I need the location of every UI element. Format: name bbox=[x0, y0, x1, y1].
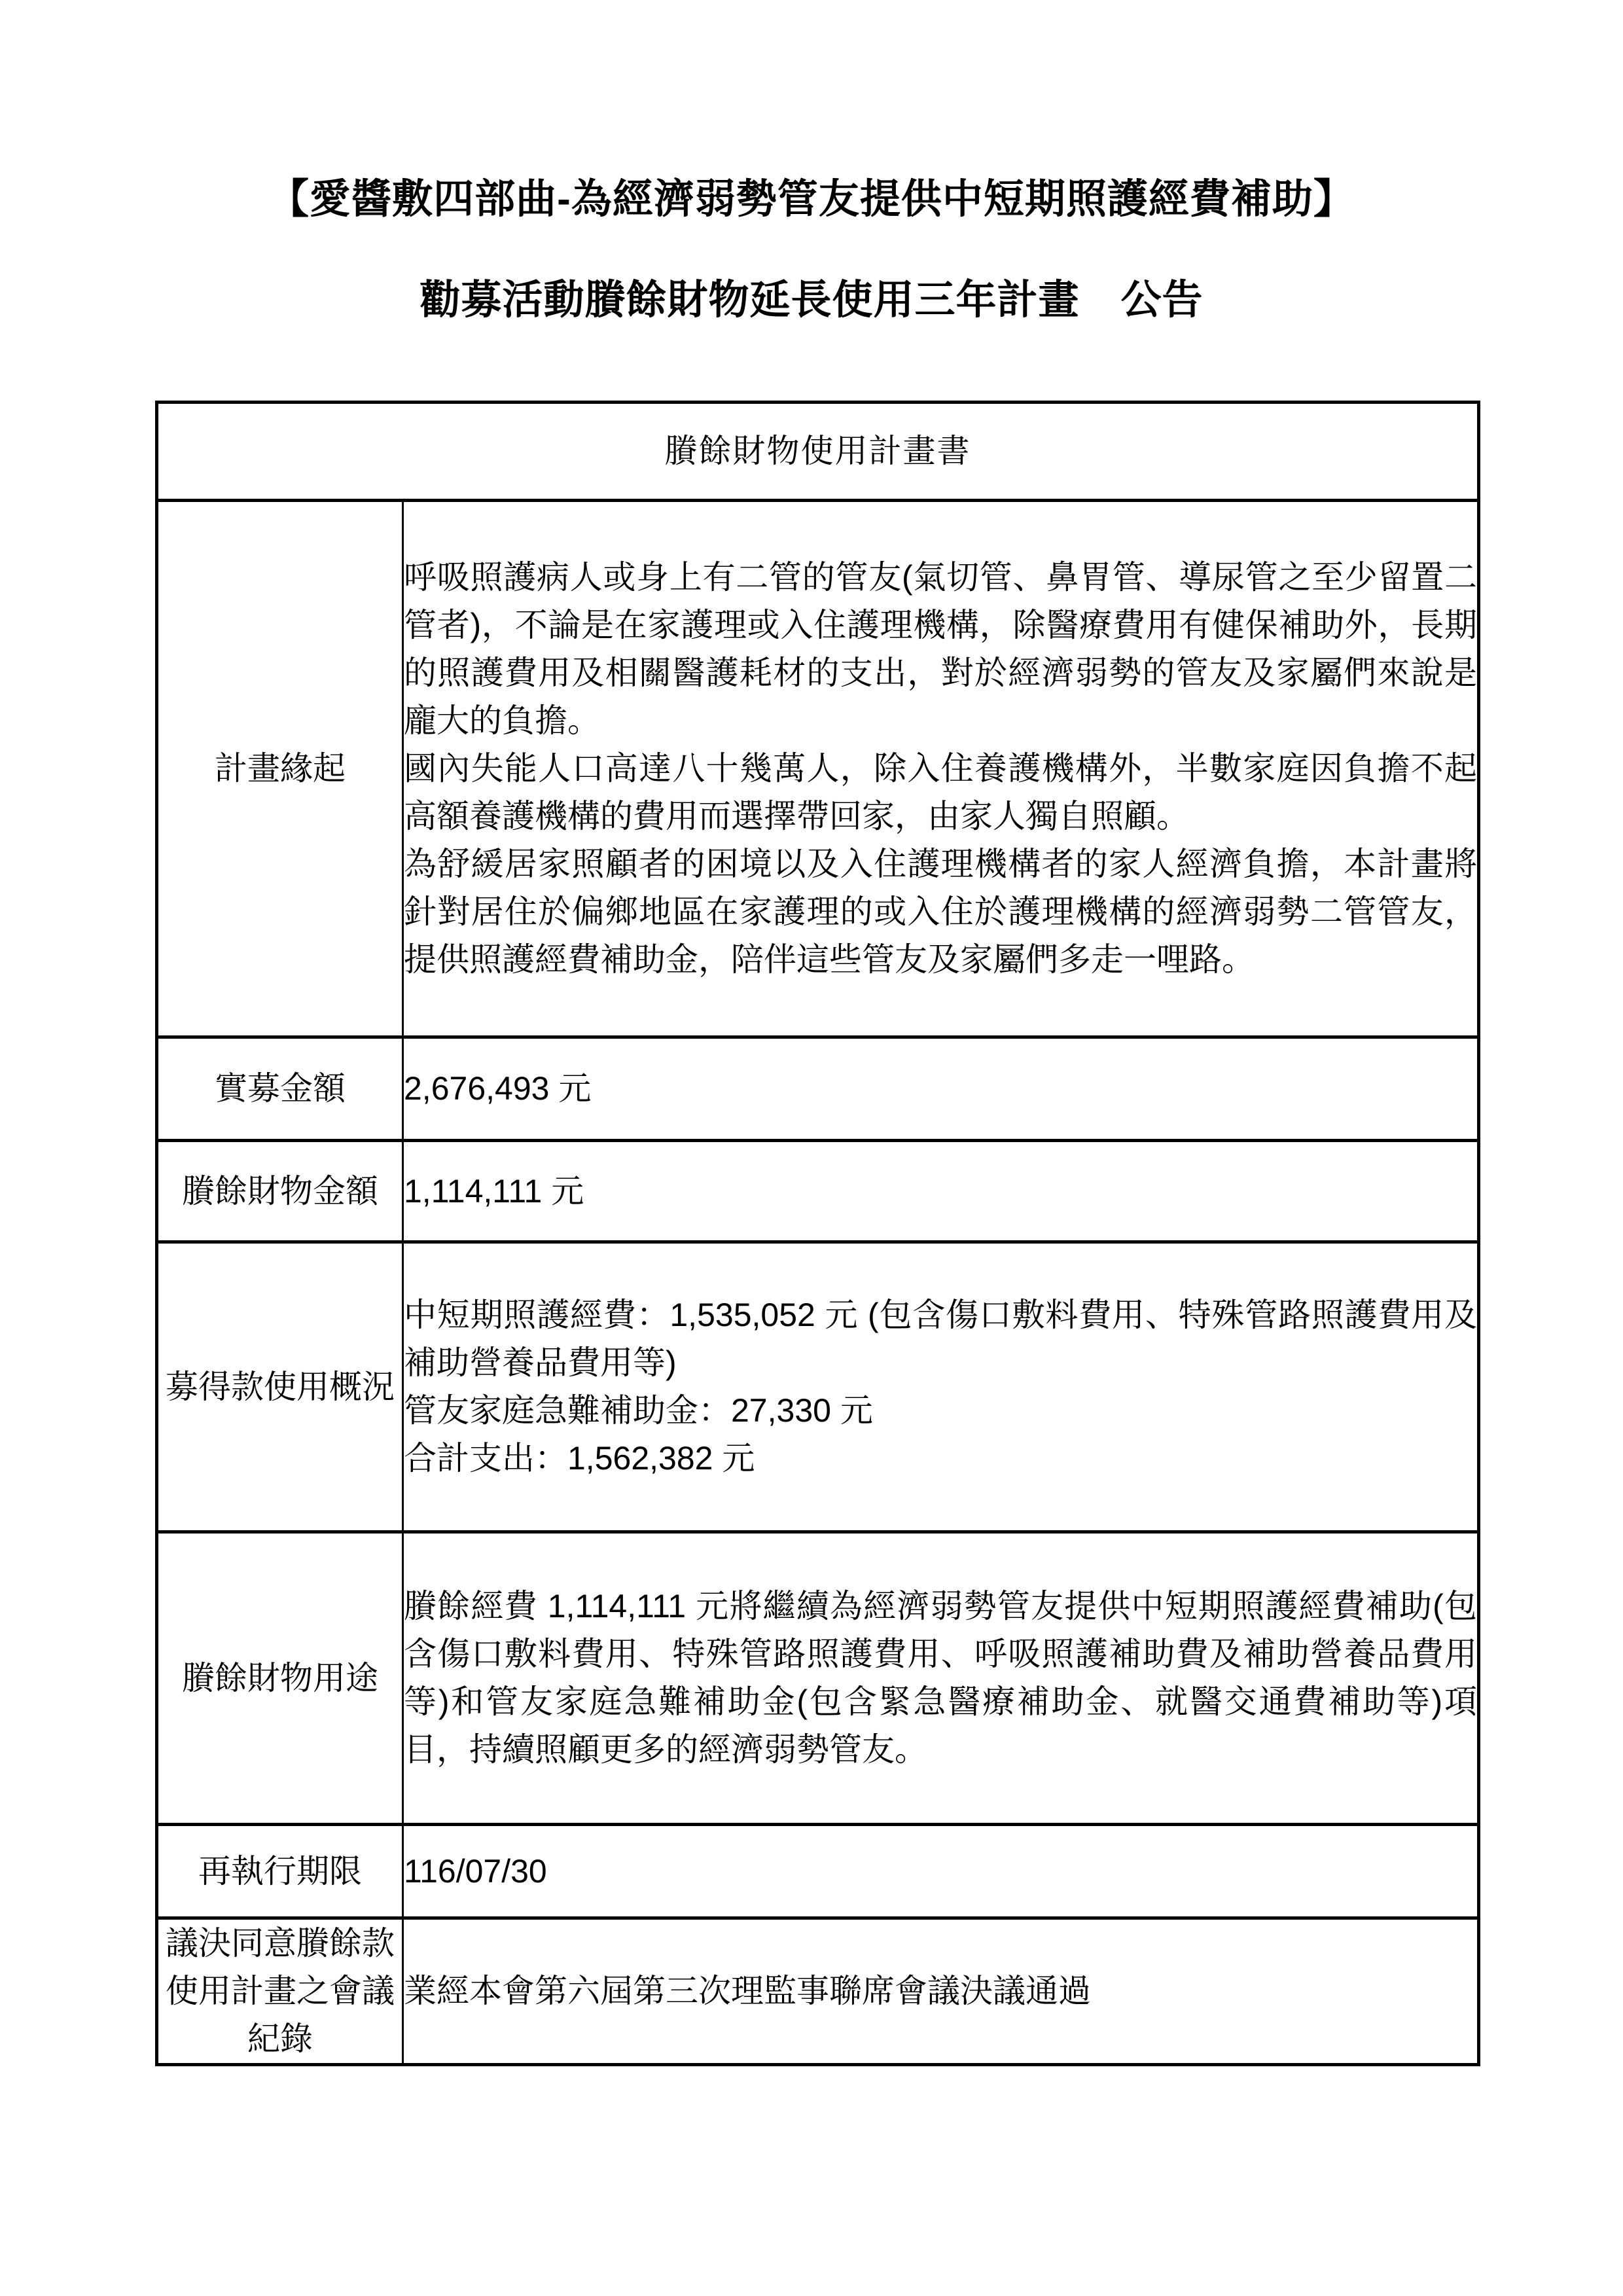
row-label-re-execution-deadline: 再執行期限 bbox=[157, 1825, 403, 1918]
row-label-plan-origin: 計畫緣起 bbox=[157, 501, 403, 1037]
re-execution-deadline-value: 116/07/30 bbox=[404, 1848, 1477, 1895]
table-title: 賸餘財物使用計畫書 bbox=[157, 403, 1479, 501]
row-content-re-execution-deadline: 116/07/30 bbox=[403, 1825, 1479, 1918]
plan-origin-paragraph-2: 國內失能人口高達八十幾萬人，除入住養護機構外，半數家庭因負擔不起高額養護機構的費… bbox=[404, 745, 1477, 840]
row-label-surplus-amount: 賸餘財物金額 bbox=[157, 1141, 403, 1242]
row-content-meeting-record: 業經本會第六屆第三次理監事聯席會議決議通過 bbox=[403, 1918, 1479, 2065]
row-content-funds-usage-overview: 中短期照護經費：1,535,052 元 (包含傷口敷料費用、特殊管路照護費用及補… bbox=[403, 1242, 1479, 1532]
funds-usage-care-expense: 中短期照護經費：1,535,052 元 (包含傷口敷料費用、特殊管路照護費用及補… bbox=[404, 1291, 1477, 1387]
plan-origin-paragraph-1: 呼吸照護病人或身上有二管的管友(氣切管、鼻胃管、導尿管之至少留置二管者)，不論是… bbox=[404, 554, 1477, 745]
table-row: 計畫緣起 呼吸照護病人或身上有二管的管友(氣切管、鼻胃管、導尿管之至少留置二管者… bbox=[157, 501, 1479, 1037]
funds-usage-total-expense: 合計支出：1,562,382 元 bbox=[404, 1435, 1477, 1482]
row-content-actual-raised-amount: 2,676,493 元 bbox=[403, 1037, 1479, 1141]
table-row: 賸餘財物金額 1,114,111 元 bbox=[157, 1141, 1479, 1242]
page-subtitle: 勸募活動賸餘財物延長使用三年計畫 公告 bbox=[0, 278, 1623, 323]
page-title: 【愛醬敷四部曲-為經濟弱勢管友提供中短期照護經費補助】 bbox=[0, 177, 1623, 223]
table-row: 議決同意賸餘款使用計畫之會議紀錄 業經本會第六屆第三次理監事聯席會議決議通過 bbox=[157, 1918, 1479, 2065]
row-label-surplus-usage: 賸餘財物用途 bbox=[157, 1532, 403, 1825]
table-row: 實募金額 2,676,493 元 bbox=[157, 1037, 1479, 1141]
row-label-meeting-record: 議決同意賸餘款使用計畫之會議紀錄 bbox=[157, 1918, 403, 2065]
actual-raised-amount-value: 2,676,493 元 bbox=[404, 1065, 1477, 1113]
row-content-plan-origin: 呼吸照護病人或身上有二管的管友(氣切管、鼻胃管、導尿管之至少留置二管者)，不論是… bbox=[403, 501, 1479, 1037]
surplus-amount-value: 1,114,111 元 bbox=[404, 1168, 1477, 1215]
table-row: 再執行期限 116/07/30 bbox=[157, 1825, 1479, 1918]
row-label-actual-raised-amount: 實募金額 bbox=[157, 1037, 403, 1141]
row-label-funds-usage-overview: 募得款使用概況 bbox=[157, 1242, 403, 1532]
funds-usage-family-emergency-subsidy: 管友家庭急難補助金：27,330 元 bbox=[404, 1387, 1477, 1435]
row-content-surplus-amount: 1,114,111 元 bbox=[403, 1141, 1479, 1242]
table-row: 賸餘財物用途 賸餘經費 1,114,111 元將繼續為經濟弱勢管友提供中短期照護… bbox=[157, 1532, 1479, 1825]
table-row: 募得款使用概況 中短期照護經費：1,535,052 元 (包含傷口敷料費用、特殊… bbox=[157, 1242, 1479, 1532]
row-content-surplus-usage: 賸餘經費 1,114,111 元將繼續為經濟弱勢管友提供中短期照護經費補助(包含… bbox=[403, 1532, 1479, 1825]
table-header-row: 賸餘財物使用計畫書 bbox=[157, 403, 1479, 501]
surplus-usage-paragraph: 賸餘經費 1,114,111 元將繼續為經濟弱勢管友提供中短期照護經費補助(包含… bbox=[404, 1583, 1477, 1774]
meeting-record-value: 業經本會第六屆第三次理監事聯席會議決議通過 bbox=[404, 1967, 1477, 2015]
plan-origin-paragraph-3: 為舒緩居家照顧者的困境以及入住護理機構者的家人經濟負擔，本計畫將針對居住於偏鄉地… bbox=[404, 840, 1477, 984]
surplus-plan-table: 賸餘財物使用計畫書 計畫緣起 呼吸照護病人或身上有二管的管友(氣切管、鼻胃管、導… bbox=[155, 401, 1480, 2066]
